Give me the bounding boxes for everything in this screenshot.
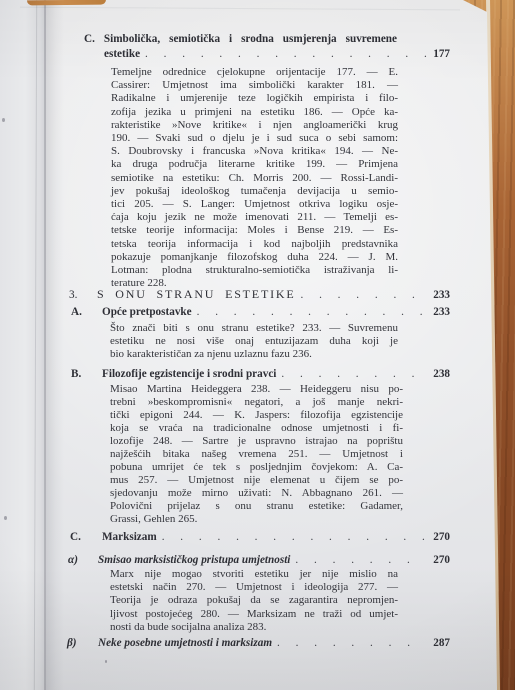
- dot-leader: . . . . . . . . . . . . . . . . .: [157, 531, 430, 544]
- table-of-contents: C. Simbolička, semiotička i srodna usmje…: [0, 0, 515, 690]
- entry-title: Simbolička, semiotička i srodna usmjeren…: [104, 33, 397, 45]
- toc-entry-section3: 3. S ONU STRANU ESTETIKE . . . . . . . .…: [69, 288, 450, 302]
- text-line: ljivost postojećeg 280. — Marksizam ne t…: [110, 608, 398, 621]
- page-number: 177: [429, 48, 450, 61]
- text-line: trebni »beskompromisni« negatori, a još …: [110, 396, 403, 409]
- entry-label: 3.: [69, 289, 97, 302]
- dot-leader: . . . . . . . . . . . . . . . .: [192, 306, 430, 319]
- text-line: Što znači biti s onu stranu estetike? 23…: [110, 322, 398, 335]
- text-line: nosti da bude socijalna analiza 283.: [110, 621, 398, 634]
- text-line: Lotman: plodna strukturalno-semiotička i…: [111, 264, 398, 277]
- text-line: tetska teorija informacija i kod najbolj…: [111, 238, 398, 251]
- text-line: Grassi, Gehlen 265.: [110, 513, 403, 526]
- text-line: mus 257. — Umjetnost nije elemenat u čij…: [110, 474, 403, 487]
- paragraph-symbolicka: Temeljne odrednice cjelokupne orijentaci…: [111, 66, 398, 290]
- open-book-pages: C. Simbolička, semiotička i srodna usmje…: [0, 0, 515, 690]
- text-line: bio karakterističan za njenu uzlaznu faz…: [110, 348, 398, 361]
- entry-label: B.: [71, 368, 102, 381]
- page-number: 233: [429, 289, 450, 302]
- entry-label: C.: [84, 33, 95, 46]
- text-line: zofija jezika u primjeni na estetiku 186…: [111, 106, 398, 119]
- text-line: S. Doubrovsky i francuska »Nova kritika«…: [111, 145, 398, 158]
- paragraph-marksizam-a: Marx nije mogao stvoriti estetiku jer ni…: [110, 568, 398, 634]
- text-line: Misao Martina Heideggera 238. — Heidegge…: [110, 383, 403, 396]
- dot-leader: . . . . . . . . . . . . . .: [295, 289, 429, 302]
- page-number: 233: [429, 306, 450, 319]
- entry-title: Neke posebne umjetnosti i marksizam: [98, 637, 272, 650]
- text-line: Teorija je odraza pokušaj da se zagarant…: [110, 594, 398, 607]
- text-line: koja se vraća na tradicionalne odnose um…: [110, 422, 403, 435]
- dot-leader: . . . . . . . . . . . . . . . .: [140, 48, 429, 61]
- toc-entry-filozofije: B. Filozofije egzistencije i srodni prav…: [71, 368, 450, 381]
- entry-label: A.: [71, 306, 102, 319]
- toc-entry-marksizam-alpha: α) Smisao marksističkog pristupa umjetno…: [68, 554, 450, 567]
- page-number: 287: [429, 637, 450, 650]
- entry-title: S ONU STRANU ESTETIKE: [97, 288, 295, 301]
- dot-leader: . . . . . . . . .: [276, 368, 429, 381]
- text-line: pobuna umrijet će tek s posljednjim čovj…: [110, 461, 403, 474]
- entry-title: Filozofije egzistencije i srodni pravci: [102, 368, 276, 381]
- page-number: 270: [429, 531, 450, 544]
- text-line: semiotike na estetiku: Ch. Morris 200. —…: [111, 172, 398, 185]
- entry-title: Opće pretpostavke: [102, 306, 192, 319]
- text-line: tički epigoni 244. — K. Jaspers: filozof…: [110, 409, 403, 422]
- text-line: ka druga područja literarne kritike 199.…: [111, 158, 398, 171]
- text-line: Radikalne i umjerenije teze logičkih emp…: [111, 92, 398, 105]
- entry-title: Marksizam: [102, 531, 157, 544]
- text-line: tici 205. — S. Langer: Umjetnost otkriva…: [111, 198, 398, 211]
- wood-notch: [27, 0, 106, 5]
- text-line: tetske teorije informacija: Moles i Bens…: [111, 224, 398, 237]
- paragraph-opce: Što znači biti s onu stranu estetike? 23…: [110, 322, 398, 362]
- dot-leader: . . . . . . .: [290, 554, 429, 567]
- text-line: 190. — Svaki sud o djelu je i sud suca o…: [111, 132, 398, 145]
- text-line: Marx nije mogao stvoriti estetiku jer ni…: [110, 568, 398, 581]
- entry-label: α): [68, 554, 98, 567]
- paragraph-filozofije: Misao Martina Heideggera 238. — Heidegge…: [110, 383, 403, 526]
- text-line: Polovični prijelaz s onu stranu estetike…: [110, 500, 403, 513]
- text-line: ćaja koju jezik ne može imenovati 211. —…: [111, 211, 398, 224]
- text-line: jev pokušaj ideološkog tumačenja devijac…: [111, 185, 398, 198]
- page-number: 238: [429, 368, 450, 381]
- entry-label: C.: [70, 531, 102, 544]
- toc-entry-marksizam-beta: β) Neke posebne umjetnosti i marksizam .…: [67, 637, 450, 650]
- text-line: lozofije 248. — Sartre je uspravno istra…: [110, 435, 403, 448]
- toc-entry-symbolicka-line1: C. Simbolička, semiotička i srodna usmje…: [84, 33, 397, 46]
- text-line: Cassirer: Umjetnost ima simbolički karak…: [111, 79, 398, 92]
- text-line: Temeljne odrednice cjelokupne orijentaci…: [111, 66, 398, 79]
- toc-entry-marksizam: C. Marksizam . . . . . . . . . . . . . .…: [70, 531, 450, 544]
- entry-title: estetike: [104, 48, 140, 61]
- text-line: estetiku ne nosi više onaj entuzijazam d…: [110, 335, 398, 348]
- text-line: rakteristike »Nove kritike« i njen anglo…: [111, 119, 398, 132]
- dot-leader: . . . . . . . .: [272, 637, 429, 650]
- toc-entry-symbolicka-line2: estetike . . . . . . . . . . . . . . . .…: [104, 48, 450, 61]
- text-line: estetski način 270. — Umjetnost i ideolo…: [110, 581, 398, 594]
- text-line: sjedovanju može mirno uživati: N. Abbagn…: [110, 487, 403, 500]
- entry-title: Smisao marksističkog pristupa umjetnosti: [98, 554, 290, 567]
- entry-label: β): [67, 637, 98, 650]
- toc-entry-opce: A. Opće pretpostavke . . . . . . . . . .…: [71, 306, 450, 319]
- book-page-photo: C. Simbolička, semiotička i srodna usmje…: [0, 0, 515, 690]
- text-line: pokazuje pomanjkanje filozofskog duha 22…: [111, 251, 398, 264]
- text-line: najžešćih bitaka našeg vremena 251. — Um…: [110, 448, 403, 461]
- page-number: 270: [429, 554, 450, 567]
